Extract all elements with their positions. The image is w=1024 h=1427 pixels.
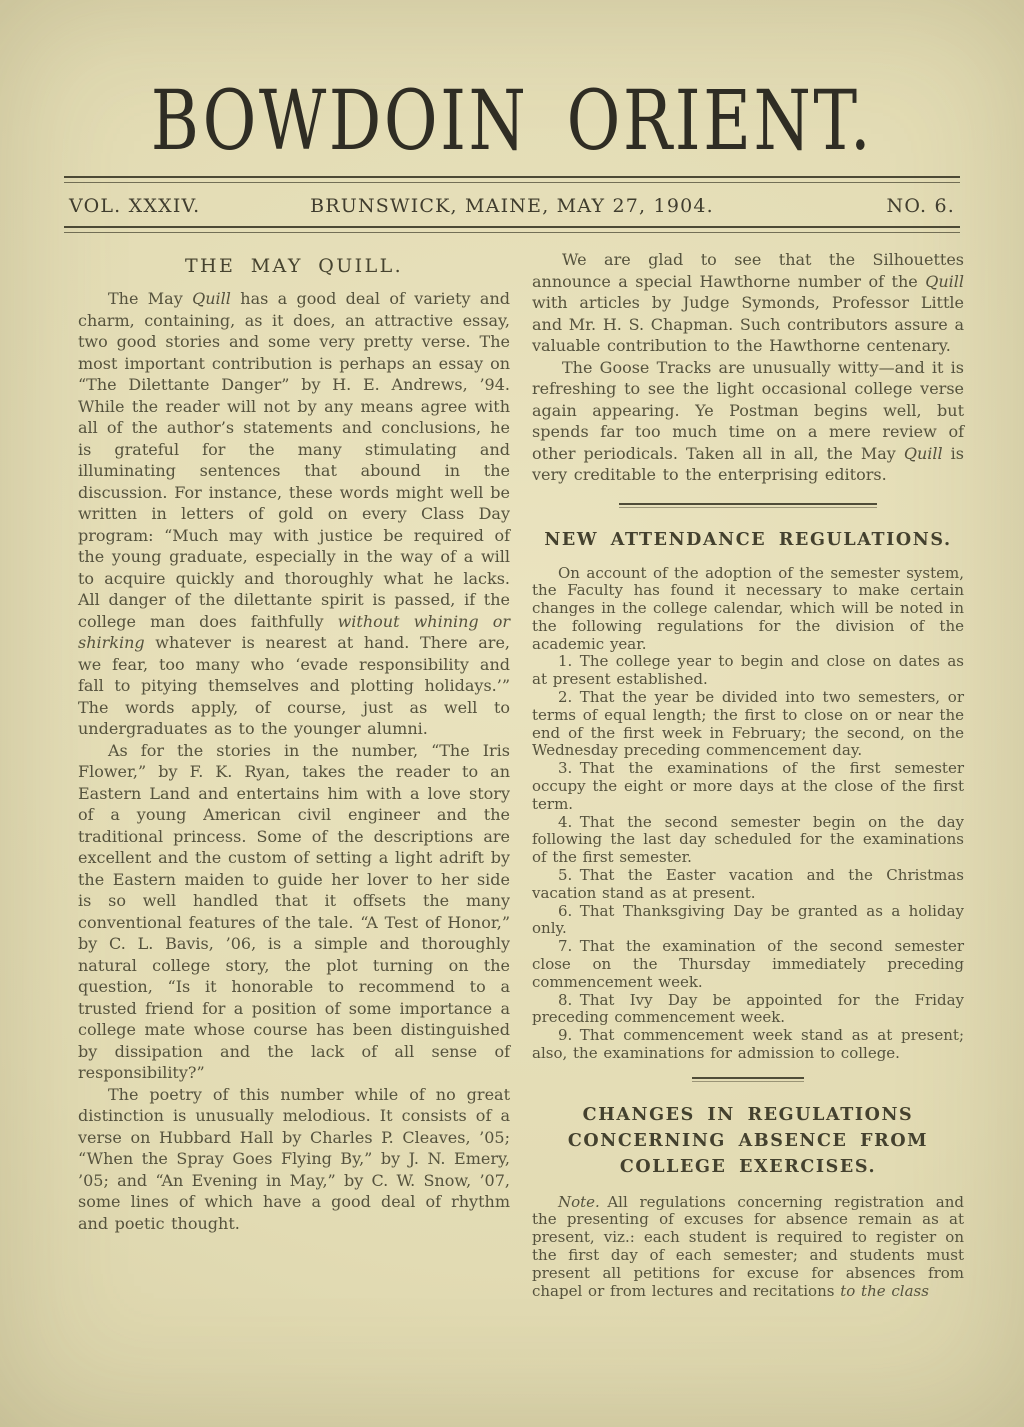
masthead-rule-bottom: [64, 226, 960, 233]
paragraph: 3. That the examinations of the first se…: [532, 760, 964, 813]
paragraph: The Goose Tracks are unusually witty—and…: [532, 357, 964, 486]
paragraph: 5. That the Easter vacation and the Chri…: [532, 867, 964, 903]
paragraph: On account of the adoption of the semest…: [532, 565, 964, 654]
paragraph: The poetry of this number while of no gr…: [78, 1084, 510, 1235]
volume-issue-line: VOL. XXXIV. BRUNSWICK, MAINE, MAY 27, 19…: [69, 195, 955, 217]
article-body-quill-continued: We are glad to see that the Silhouettes …: [532, 249, 964, 486]
article-heading-changes: CHANGES IN REGULATIONS CONCERNING ABSENC…: [536, 1102, 960, 1181]
paragraph: 7. That the examination of the second se…: [532, 938, 964, 991]
masthead-title: BOWDOIN ORIENT.: [87, 80, 937, 162]
issue-number-label: NO. 6.: [887, 195, 956, 217]
paragraph: 1. The college year to begin and close o…: [532, 653, 964, 689]
masthead: BOWDOIN ORIENT. VOL. XXXIV. BRUNSWICK, M…: [0, 0, 1024, 233]
article-heading-attendance: NEW ATTENDANCE REGULATIONS.: [540, 530, 956, 550]
paragraph: 8. That Ivy Day be appointed for the Fri…: [532, 992, 964, 1028]
left-column: THE MAY QUILL. The May Quill has a good …: [78, 249, 510, 1234]
paragraph: We are glad to see that the Silhouettes …: [532, 249, 964, 357]
masthead-rule-top: [64, 176, 960, 183]
article-body-changes-note: Note. All regulations concerning registr…: [532, 1194, 964, 1301]
place-date-label: BRUNSWICK, MAINE, MAY 27, 1904.: [310, 195, 714, 217]
article-body-attendance: On account of the adoption of the semest…: [532, 565, 964, 1063]
paragraph: 2. That the year be divided into two sem…: [532, 689, 964, 760]
volume-label: VOL. XXXIV.: [69, 195, 200, 217]
paragraph: 6. That Thanksgiving Day be granted as a…: [532, 903, 964, 939]
paragraph: Note. All regulations concerning registr…: [532, 1194, 964, 1301]
section-divider-2: [692, 1077, 804, 1082]
paragraph: 4. That the second semester begin on the…: [532, 814, 964, 867]
article-body-may-quill: The May Quill has a good deal of variety…: [78, 288, 510, 1234]
paragraph: 9. That commencement week stand as at pr…: [532, 1027, 964, 1063]
right-column: We are glad to see that the Silhouettes …: [532, 249, 964, 1300]
newspaper-page: BOWDOIN ORIENT. VOL. XXXIV. BRUNSWICK, M…: [0, 0, 1024, 1427]
article-heading-may-quill: THE MAY QUILL.: [78, 255, 510, 277]
section-divider-1: [619, 503, 877, 508]
paragraph: As for the stories in the number, “The I…: [78, 740, 510, 1084]
paragraph: The May Quill has a good deal of variety…: [78, 288, 510, 740]
article-columns: THE MAY QUILL. The May Quill has a good …: [0, 233, 1024, 1300]
